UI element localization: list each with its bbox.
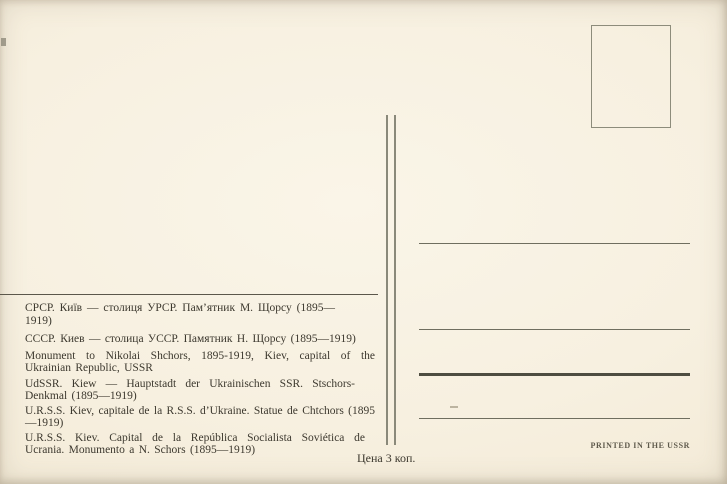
caption-french: U.R.S.S. Kiev, capitale de la R.S.S. d’U… [25, 405, 375, 430]
caption-spanish: U.R.S.S. Kiev. Capital de la República S… [25, 432, 365, 457]
caption-block: СРСР. Київ — столиця УРСР. Пам’ятник М. … [25, 302, 377, 457]
address-line-2 [419, 329, 690, 330]
printed-in-ussr-label: PRINTED IN THE USSR [555, 441, 690, 450]
scan-artifact [450, 406, 458, 408]
center-divider-line [394, 115, 396, 445]
postcard-back: СРСР. Київ — столиця УРСР. Пам’ятник М. … [0, 0, 727, 484]
address-line-4 [419, 418, 690, 419]
caption-english: Monument to Nikolai Shchors, 1895-1919, … [25, 350, 375, 375]
caption-ukrainian: СРСР. Київ — столиця УРСР. Пам’ятник М. … [25, 302, 335, 327]
caption-top-rule [0, 294, 378, 295]
price-label: Цена 3 коп. [357, 451, 415, 466]
caption-russian: СССР. Киев — столица УССР. Памятник Н. Щ… [25, 333, 377, 346]
center-divider-line [386, 115, 388, 445]
address-line-1 [419, 243, 690, 244]
caption-german: UdSSR. Kiew — Hauptstadt der Ukrainische… [25, 378, 355, 403]
address-line-3-heavy [419, 373, 690, 376]
scan-artifact [1, 38, 6, 46]
stamp-box [591, 25, 671, 128]
